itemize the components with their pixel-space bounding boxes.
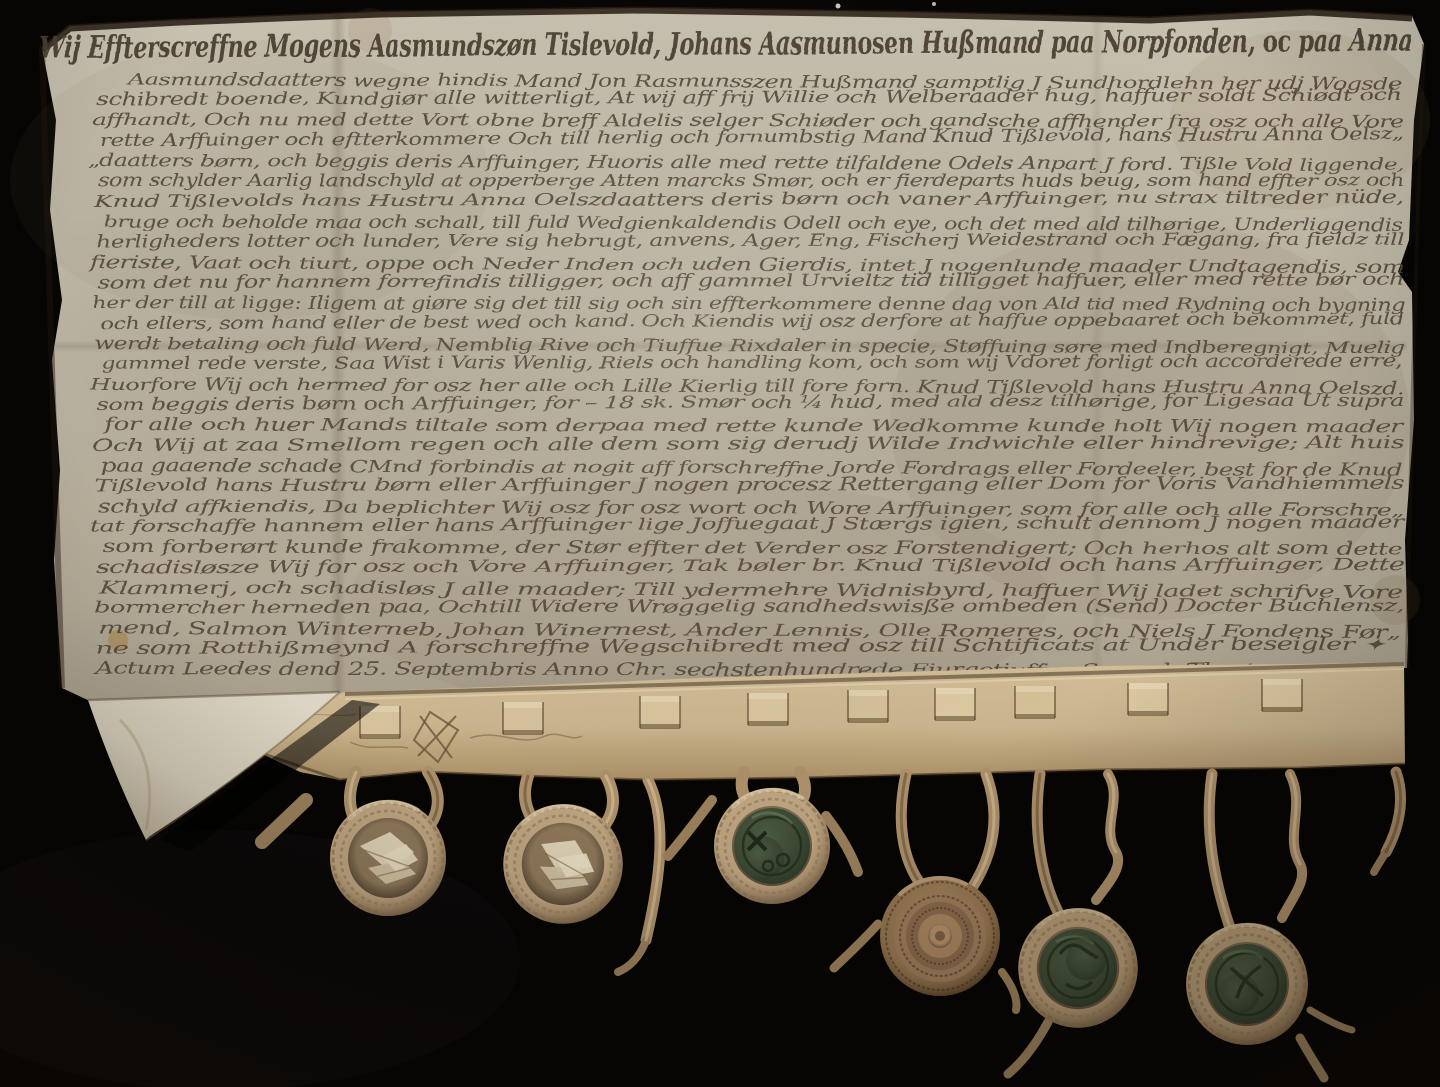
photo-of-parchment-charter: Wij Effterscreffne Mogens Aasmundszøn Ti… xyxy=(0,0,1440,1087)
charter-svg: Wij Effterscreffne Mogens Aasmundszøn Ti… xyxy=(0,0,1440,1087)
vignette-overlay xyxy=(0,0,1440,1087)
